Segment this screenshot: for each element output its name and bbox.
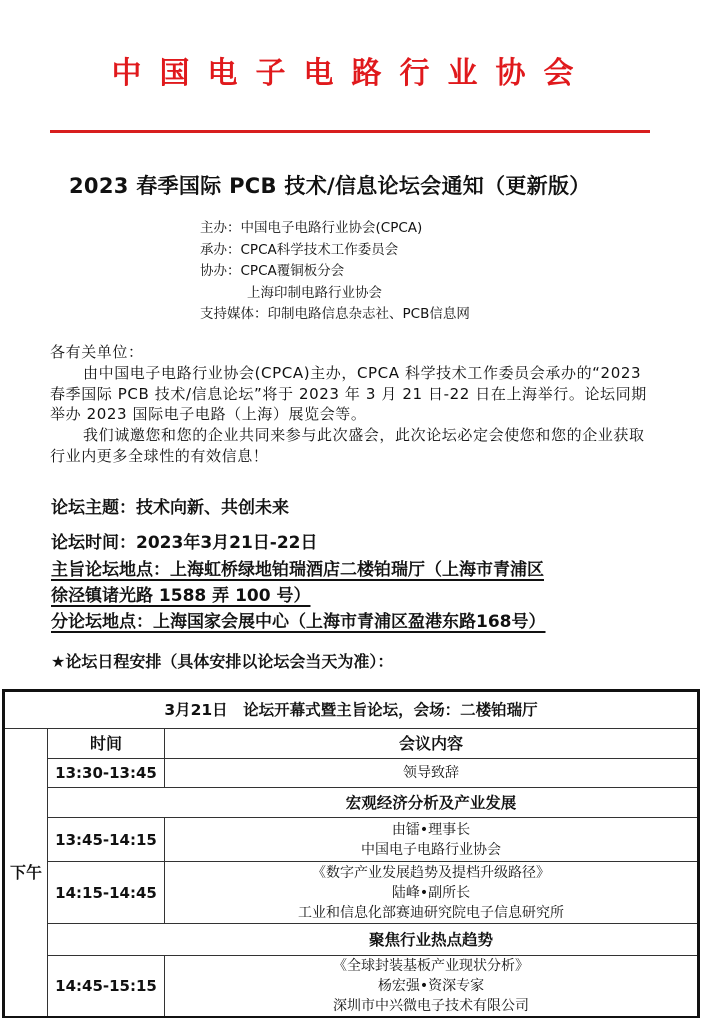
day-header-row: 3月21日 论坛开幕式暨主旨论坛，会场：二楼铂瑞厅 bbox=[4, 691, 699, 729]
time-cell: 14:15-14:45 bbox=[48, 862, 165, 924]
time-cell: 13:30-13:45 bbox=[48, 759, 165, 788]
media-line: 支持媒体：印制电路信息杂志社、PCB信息网 bbox=[200, 304, 470, 326]
section-row: 宏观经济分析及产业发展 bbox=[4, 788, 699, 818]
main-venue-line-1: 主旨论坛地点：上海虹桥绿地铂瑞酒店二楼铂瑞厅（上海市青浦区 bbox=[51, 558, 544, 582]
content-line: 领导致辞 bbox=[165, 763, 697, 783]
content-cell: 领导致辞 bbox=[165, 759, 699, 788]
speaker-line: 陆峰•副所长 bbox=[165, 883, 697, 903]
organizer-line: 承办：CPCA科学技术工作委员会 bbox=[200, 240, 470, 262]
section-title: 聚焦行业热点趋势 bbox=[48, 924, 699, 956]
talk-title-line: 《数字产业发展趋势及提档升级路径》 bbox=[165, 863, 697, 883]
schedule-table: 3月21日 论坛开幕式暨主旨论坛，会场：二楼铂瑞厅 下午 时间 会议内容 13:… bbox=[2, 689, 700, 1018]
co-organizer-line-2: 上海印制电路行业协会 bbox=[200, 283, 470, 305]
content-cell: 《全球封装基板产业现状分析》 杨宏强•资深专家 深圳市中兴微电子技术有限公司 bbox=[165, 956, 699, 1018]
letter-body: 各有关单位： 由中国电子电路行业协会(CPCA)主办，CPCA 科学技术工作委员… bbox=[50, 342, 650, 467]
talk-title-line: 《全球封装基板产业现状分析》 bbox=[165, 956, 697, 976]
paragraph-invitation: 我们诚邀您和您的企业共同来参与此次盛会，此次论坛必定会使您和您的企业获取行业内更… bbox=[50, 425, 650, 467]
column-header-content: 会议内容 bbox=[165, 729, 699, 759]
co-organizer-line: 协办：CPCA覆铜板分会 bbox=[200, 261, 470, 283]
content-cell: 《数字产业发展趋势及提档升级路径》 陆峰•副所长 工业和信息化部赛迪研究院电子信… bbox=[165, 862, 699, 924]
section-title: 宏观经济分析及产业发展 bbox=[48, 788, 699, 818]
section-row: 聚焦行业热点趋势 bbox=[4, 924, 699, 956]
table-row: 14:15-14:45 《数字产业发展趋势及提档升级路径》 陆峰•副所长 工业和… bbox=[4, 862, 699, 924]
time-cell: 13:45-14:15 bbox=[48, 818, 165, 862]
speaker-line: 杨宏强•资深专家 bbox=[165, 976, 697, 996]
salutation: 各有关单位： bbox=[50, 342, 650, 363]
period-cell: 下午 bbox=[4, 729, 48, 1018]
document-title: 2023 春季国际 PCB 技术/信息论坛会通知（更新版） bbox=[69, 172, 591, 200]
table-row: 14:45-15:15 《全球封装基板产业现状分析》 杨宏强•资深专家 深圳市中… bbox=[4, 956, 699, 1018]
letterhead-divider bbox=[50, 130, 650, 133]
sub-venue: 分论坛地点：上海国家会展中心（上海市青浦区盈港东路168号） bbox=[51, 610, 546, 634]
day-header: 3月21日 论坛开幕式暨主旨论坛，会场：二楼铂瑞厅 bbox=[4, 691, 699, 729]
affiliation-line: 工业和信息化部赛迪研究院电子信息研究所 bbox=[165, 903, 697, 923]
paragraph-intro: 由中国电子电路行业协会(CPCA)主办，CPCA 科学技术工作委员会承办的“20… bbox=[50, 363, 650, 425]
column-header-time: 时间 bbox=[48, 729, 165, 759]
organizers-block: 主办：中国电子电路行业协会(CPCA) 承办：CPCA科学技术工作委员会 协办：… bbox=[200, 218, 470, 326]
host-line: 主办：中国电子电路行业协会(CPCA) bbox=[200, 218, 470, 240]
forum-time: 论坛时间：2023年3月21日-22日 bbox=[51, 531, 318, 555]
table-row: 13:45-14:15 由镭•理事长 中国电子电路行业协会 bbox=[4, 818, 699, 862]
schedule-note: ★论坛日程安排（具体安排以论坛会当天为准）： bbox=[51, 650, 393, 674]
speaker-line: 由镭•理事长 bbox=[165, 820, 697, 840]
content-cell: 由镭•理事长 中国电子电路行业协会 bbox=[165, 818, 699, 862]
table-row: 13:30-13:45 领导致辞 bbox=[4, 759, 699, 788]
affiliation-line: 中国电子电路行业协会 bbox=[165, 840, 697, 860]
forum-theme: 论坛主题：技术向新、共创未来 bbox=[51, 496, 289, 520]
column-header-row: 下午 时间 会议内容 bbox=[4, 729, 699, 759]
affiliation-line: 深圳市中兴微电子技术有限公司 bbox=[165, 996, 697, 1016]
organization-letterhead: 中国电子电路行业协会 bbox=[0, 52, 703, 96]
main-venue-line-2: 徐泾镇诸光路 1588 弄 100 号） bbox=[51, 584, 310, 608]
time-cell: 14:45-15:15 bbox=[48, 956, 165, 1018]
